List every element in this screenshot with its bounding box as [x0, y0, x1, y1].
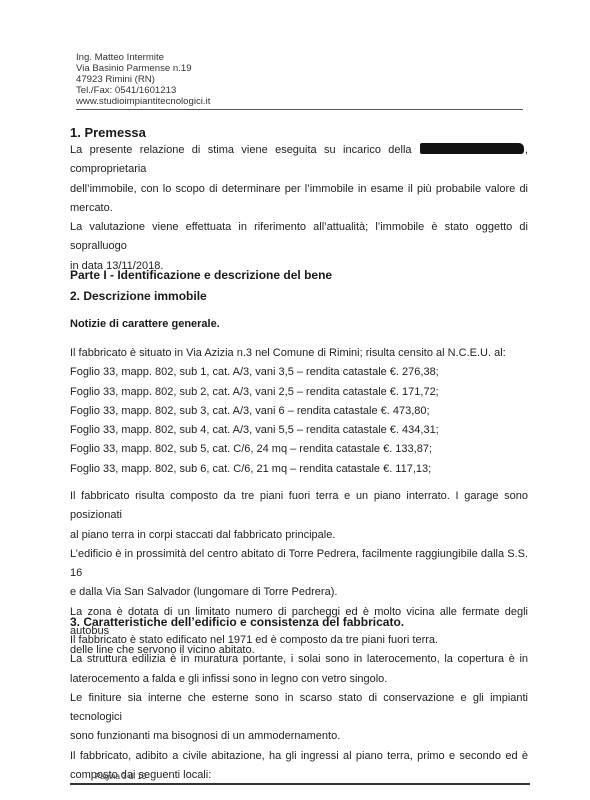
paragraph-line: Il fabbricato, adibito a civile abitazio… [70, 747, 528, 766]
cadastral-list: Il fabbricato è situato in Via Azizia n.… [70, 344, 506, 479]
section-1-line-3: mercato. [70, 199, 528, 218]
paragraph-line: L’edificio è in prossimità del centro ab… [70, 545, 528, 584]
paragraph-line: Le finiture sia interne che esterne sono… [70, 689, 528, 728]
paragraph-line: La struttura edilizia è in muratura port… [70, 650, 528, 669]
paragraph-line: Il fabbricato è stato edificato nel 1971… [70, 631, 528, 650]
list-item: Foglio 33, mapp. 802, sub 5, cat. C/6, 2… [70, 440, 506, 459]
letterhead: Ing. Matteo Intermite Via Basinio Parmen… [76, 52, 210, 107]
cadastral-intro: Il fabbricato è situato in Via Azizia n.… [70, 344, 506, 363]
section-3-body: Il fabbricato è stato edificato nel 1971… [70, 631, 528, 785]
list-item: Foglio 33, mapp. 802, sub 2, cat. A/3, v… [70, 383, 506, 402]
section-1-line-1: La presente relazione di stima viene ese… [70, 141, 528, 180]
redaction-block [420, 143, 524, 154]
letterhead-city: 47923 Rimini (RN) [76, 74, 210, 85]
letterhead-website: www.studioimpiantitecnologici.it [76, 96, 210, 107]
header-divider [76, 109, 523, 110]
part-1-title: Parte I - Identificazione e descrizione … [70, 268, 332, 282]
paragraph-line: Il fabbricato risulta composto da tre pi… [70, 487, 528, 526]
document-page: Ing. Matteo Intermite Via Basinio Parmen… [0, 0, 590, 800]
section-1-line-4: La valutazione viene effettuata in rifer… [70, 218, 528, 257]
letterhead-name: Ing. Matteo Intermite [76, 52, 210, 63]
letterhead-phone: Tel./Fax: 0541/1601213 [76, 85, 210, 96]
section-2-title: 2. Descrizione immobile [70, 289, 207, 303]
section-3-title: 3. Caratteristiche dell’edificio e consi… [70, 615, 404, 629]
section-1-title: 1. Premessa [70, 125, 146, 140]
paragraph-line: e dalla Via San Salvador (lungomare di T… [70, 583, 528, 602]
section-2-subtitle: Notizie di carattere generale. [70, 318, 220, 330]
list-item: Foglio 33, mapp. 802, sub 4, cat. A/3, v… [70, 421, 506, 440]
list-item: Foglio 33, mapp. 802, sub 1, cat. A/3, v… [70, 363, 506, 382]
section-1-line-2: dell’immobile, con lo scopo di determina… [70, 180, 528, 199]
paragraph-line: al piano terra in corpi staccati dal fab… [70, 526, 528, 545]
letterhead-address: Via Basinio Parmense n.19 [76, 63, 210, 74]
list-item: Foglio 33, mapp. 802, sub 6, cat. C/6, 2… [70, 460, 506, 479]
list-item: Foglio 33, mapp. 802, sub 3, cat. A/3, v… [70, 402, 506, 421]
footer-divider [70, 783, 530, 785]
page-number: Pagina 3 di 10 [95, 772, 146, 781]
paragraph-line: laterocemento a falda e gli infissi sono… [70, 670, 528, 689]
section-1-body: La presente relazione di stima viene ese… [70, 141, 528, 276]
paragraph-line: sono funzionanti ma bisognosi di un ammo… [70, 727, 528, 746]
